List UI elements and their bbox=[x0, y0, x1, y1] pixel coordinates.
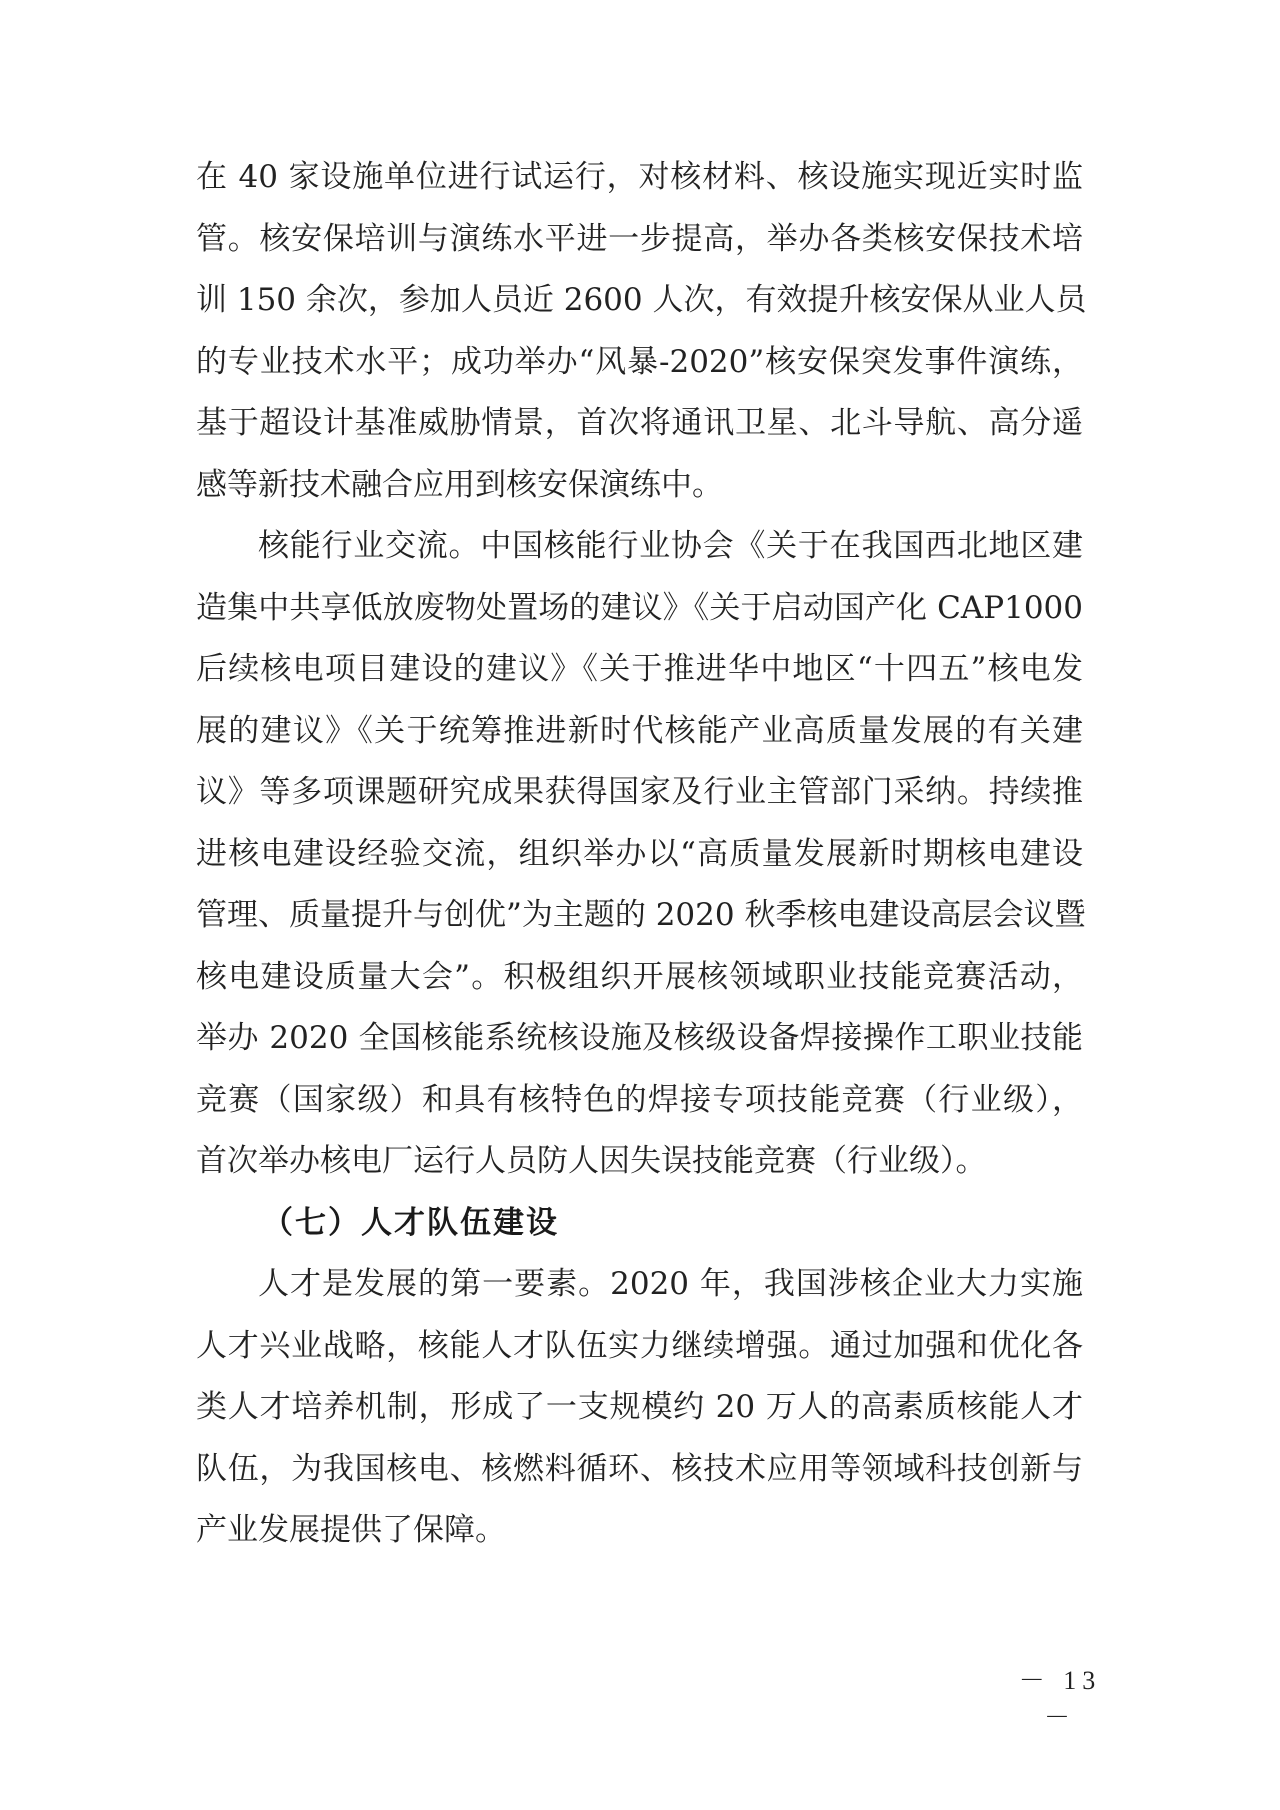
paragraph-security-training: 在 40 家设施单位进行试运行，对核材料、核设施实现近实时监 管。核安保培训与演… bbox=[196, 147, 1083, 516]
text-line: 展的建议》《关于统筹推进新时代核能产业高质量发展的有关建 bbox=[196, 701, 1083, 763]
text-line: 在 40 家设施单位进行试运行，对核材料、核设施实现近实时监 bbox=[196, 147, 1083, 209]
text-line: 议》等多项课题研究成果获得国家及行业主管部门采纳。持续推 bbox=[196, 762, 1083, 824]
text-line: 的专业技术水平；成功举办“风暴-2020”核安保突发事件演练， bbox=[196, 332, 1083, 394]
text-line: 管。核安保培训与演练水平进一步提高，举办各类核安保技术培 bbox=[196, 209, 1083, 271]
paragraph-industry-exchange: 核能行业交流。中国核能行业协会《关于在我国西北地区建 造集中共享低放废物处置场的… bbox=[196, 516, 1083, 1193]
text-line: 训 150 余次，参加人员近 2600 人次，有效提升核安保从业人员 bbox=[196, 270, 1083, 332]
text-line: 队伍，为我国核电、核燃料循环、核技术应用等领域科技创新与 bbox=[196, 1439, 1083, 1501]
text-line: 产业发展提供了保障。 bbox=[196, 1500, 1083, 1562]
body-text: 在 40 家设施单位进行试运行，对核材料、核设施实现近实时监 管。核安保培训与演… bbox=[196, 147, 1083, 1562]
text-line: 核电建设质量大会”。积极组织开展核领域职业技能竞赛活动， bbox=[196, 947, 1083, 1009]
text-line: 后续核电项目建设的建议》《关于推进华中地区“十四五”核电发 bbox=[196, 639, 1083, 701]
text-line: 核能行业交流。中国核能行业协会《关于在我国西北地区建 bbox=[196, 516, 1083, 578]
text-line: 造集中共享低放废物处置场的建议》《关于启动国产化 CAP1000 bbox=[196, 578, 1083, 640]
text-line: 人才是发展的第一要素。2020 年，我国涉核企业大力实施 bbox=[196, 1254, 1083, 1316]
text-line: 进核电建设经验交流，组织举办以“高质量发展新时期核电建设 bbox=[196, 824, 1083, 886]
text-line: 举办 2020 全国核能系统核设施及核级设备焊接操作工职业技能 bbox=[196, 1008, 1083, 1070]
text-line: 人才兴业战略，核能人才队伍实力继续增强。通过加强和优化各 bbox=[196, 1316, 1083, 1378]
text-line: 感等新技术融合应用到核安保演练中。 bbox=[196, 455, 1083, 517]
text-line: 基于超设计基准威胁情景，首次将通讯卫星、北斗导航、高分遥 bbox=[196, 393, 1083, 455]
text-line: 竞赛（国家级）和具有核特色的焊接专项技能竞赛（行业级）， bbox=[196, 1070, 1083, 1132]
text-line: 首次举办核电厂运行人员防人因失误技能竞赛（行业级）。 bbox=[196, 1131, 1083, 1193]
text-line: 管理、质量提升与创优”为主题的 2020 秋季核电建设高层会议暨 bbox=[196, 885, 1083, 947]
document-page: 在 40 家设施单位进行试运行，对核材料、核设施实现近实时监 管。核安保培训与演… bbox=[0, 0, 1280, 1810]
paragraph-talent-team: 人才是发展的第一要素。2020 年，我国涉核企业大力实施 人才兴业战略，核能人才… bbox=[196, 1254, 1083, 1562]
page-number: － 13 － bbox=[1000, 1660, 1120, 1734]
section-heading: （七）人才队伍建设 bbox=[196, 1193, 1083, 1255]
text-line: 类人才培养机制，形成了一支规模约 20 万人的高素质核能人才 bbox=[196, 1377, 1083, 1439]
